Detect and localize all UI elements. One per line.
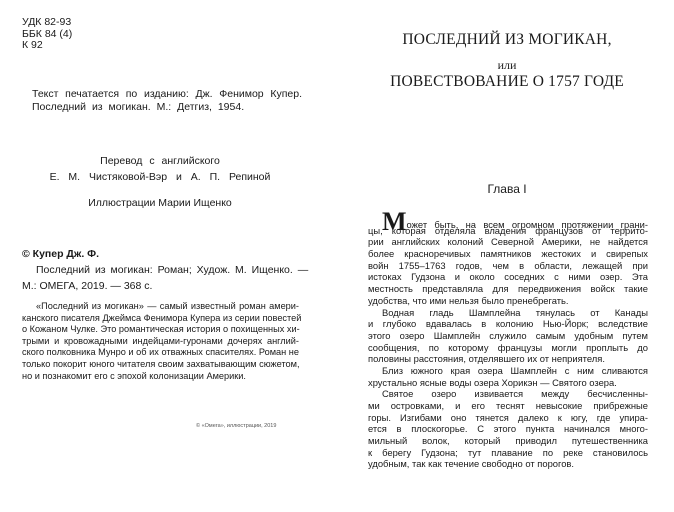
book-title: ПОСЛЕДНИЙ ИЗ МОГИКАН, — [340, 31, 674, 49]
source-line: Текст печатается по изданию: Дж. Фенимор… — [32, 88, 302, 101]
text-line: Водная гладь Шамплейна тянулась от Канад… — [368, 307, 648, 319]
author-mark: К 92 — [22, 40, 72, 52]
text-line: мильный волок, который приводил путешест… — [368, 435, 648, 447]
udk-code: УДК 82-93 — [22, 17, 72, 29]
annotation: «Последний из могикан» — самый известный… — [22, 301, 299, 382]
text-line: более красноречивых памятников жестоких … — [368, 248, 648, 260]
right-page: ПОСЛЕДНИЙ ИЗ МОГИКАН, или ПОВЕСТВОВАНИЕ … — [340, 0, 674, 512]
text-line: войн 1755–1763 годов, чем в области, леж… — [368, 260, 648, 272]
chapter-heading: Глава I — [340, 182, 674, 196]
bibliographic-line: М.: ОМЕГА, 2019. — 368 с. — [22, 278, 307, 294]
annotation-line: канского писателя Джеймса Фенимора Купер… — [22, 313, 299, 325]
bibliographic-author: © Купер Дж. Ф. — [22, 246, 307, 262]
bibliographic-record: © Купер Дж. Ф. Последний из могикан: Ром… — [22, 246, 307, 294]
text-line: ется в плоскогорье. С этого пункта начин… — [368, 423, 648, 435]
text-line: хрустально ясные воды озера Хорикэн — Св… — [368, 377, 648, 389]
text-line: Святое озеро извивается между бесчисленн… — [368, 388, 648, 400]
text-line: сообщения, по которому французы могли пр… — [368, 342, 648, 354]
illustrations-credit: Иллюстрации Марии Ищенко — [0, 197, 320, 209]
translation-credit: Перевод с английского Е. М. Чистяковой-В… — [0, 154, 320, 185]
text-line: Может быть, на всем огромном протяжении … — [368, 213, 648, 225]
text-line: к берегу Гудзона; тут плавание по реке с… — [368, 447, 648, 459]
annotation-line: о Кожаном Чулке. Это романтическая истор… — [22, 324, 299, 336]
chapter-text: Может быть, на всем огромном протяжении … — [368, 213, 648, 470]
left-page: УДК 82-93 ББК 84 (4) К 92 Текст печатает… — [0, 0, 340, 512]
annotation-line: «Последний из могикан» — самый известный… — [22, 301, 299, 313]
book-subtitle: ПОВЕСТВОВАНИЕ О 1757 ГОДЕ — [340, 73, 674, 91]
translation-line: Перевод с английского — [0, 154, 320, 170]
text-line: ми островками, и его теснят невысокие пр… — [368, 400, 648, 412]
text-line: половины расстояния, отделявшего их от н… — [368, 353, 648, 365]
text-line: горы. Изгибами оно тянется далеко к югу,… — [368, 412, 648, 424]
text-line: и глубоко вдавалась в колонию Нью-Йорк; … — [368, 318, 648, 330]
source-line: Последний из могикан. М.: Детгиз, 1954. — [32, 101, 302, 114]
text-line: удобным, так как течение свободно от пор… — [368, 458, 648, 470]
illustrations-copyright: © «Омега», иллюстрации, 2019 — [196, 423, 276, 429]
classification-codes: УДК 82-93 ББК 84 (4) К 92 — [22, 17, 72, 52]
bibliographic-line: Последний из могикан: Роман; Худож. М. И… — [22, 262, 307, 278]
text-line: цы, которая отделяла владения французов … — [368, 225, 648, 237]
annotation-line: ского полковника Мунро и об их отважных … — [22, 347, 299, 359]
text-line: этого озеро Шамплейн служило самым удобн… — [368, 330, 648, 342]
title-conjunction: или — [340, 58, 674, 73]
annotation-line: трыми и кровожадными индейцами-гуронами … — [22, 336, 299, 348]
annotation-line: но и познакомит его с эпохой колонизации… — [22, 371, 299, 383]
source-note: Текст печатается по изданию: Дж. Фенимор… — [32, 88, 302, 114]
text-line: рии английских колоний Северной Америки,… — [368, 236, 648, 248]
text-line: Близ южного края озера Шамплейн с ним сл… — [368, 365, 648, 377]
text-line: удобства, что ими нельзя было пренебрега… — [368, 295, 648, 307]
translators: Е. М. Чистяковой-Вэр и А. П. Репиной — [0, 170, 320, 186]
text-line: местность представляла для передвижения … — [368, 283, 648, 295]
annotation-line: только покорит юного читателя своим захв… — [22, 359, 299, 371]
text-line: истоках Гудзона и около соседних с ними … — [368, 271, 648, 283]
